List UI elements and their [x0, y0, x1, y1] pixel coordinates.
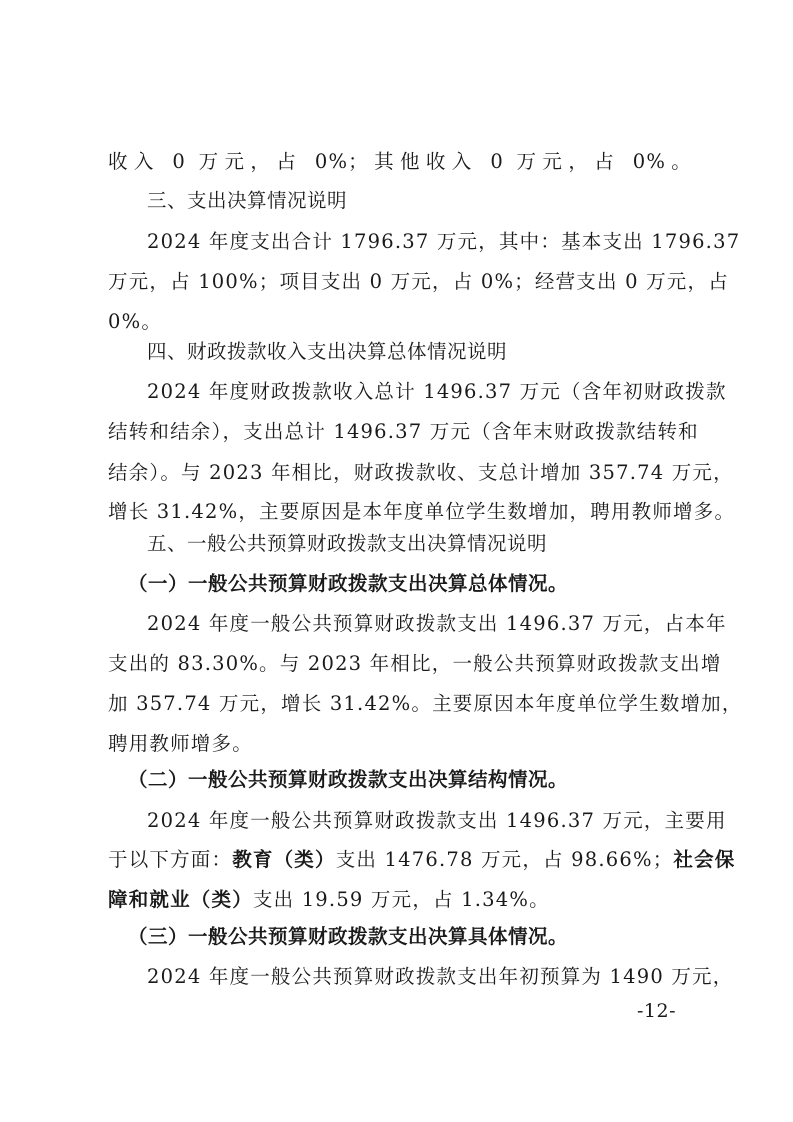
category-social-security: 社会保 [673, 848, 735, 871]
paragraph-line: 万元，占 100%；项目支出 0 万元，占 0%；经营支出 0 万元，占 [108, 270, 692, 294]
document-page: 收入 0 万元，占 0%；其他收入 0 万元，占 0%。 三、支出决算情况说明 … [0, 0, 793, 1122]
paragraph-line: 于以下方面：教育（类）支出 1476.78 万元，占 98.66%；社会保 [108, 848, 692, 872]
paragraph-line: 聘用教师增多。 [108, 732, 692, 756]
subsection-heading-3: （三）一般公共预算财政拨款支出决算具体情况。 [128, 925, 692, 949]
category-social-security-cont: 障和就业（类） [108, 888, 253, 911]
text-run: 支出 19.59 万元，占 1.34%。 [253, 888, 550, 911]
category-education: 教育（类） [232, 848, 336, 871]
paragraph-line: 0%。 [108, 310, 692, 334]
subsection-heading-2: （二）一般公共预算财政拨款支出决算结构情况。 [128, 768, 692, 792]
paragraph-line: 支出的 83.30%。与 2023 年相比，一般公共预算财政拨款支出增 [108, 652, 692, 676]
paragraph-line: 结余）。与 2023 年相比，财政拨款收、支总计增加 357.74 万元， [108, 461, 692, 485]
section-heading-4: 四、财政拨款收入支出决算总体情况说明 [147, 340, 692, 364]
paragraph-line: 结转和结余），支出总计 1496.37 万元（含年末财政拨款结转和 [108, 420, 692, 444]
page-number: -12- [637, 1000, 676, 1022]
paragraph-line: 2024 年度一般公共预算财政拨款支出 1496.37 万元，占本年 [147, 612, 692, 636]
paragraph-line: 加 357.74 万元，增长 31.42%。主要原因本年度单位学生数增加， [108, 692, 692, 716]
paragraph-line: 收入 0 万元，占 0%；其他收入 0 万元，占 0%。 [108, 150, 692, 174]
section-heading-5: 五、一般公共预算财政拨款支出决算情况说明 [147, 532, 692, 556]
paragraph-line: 2024 年度一般公共预算财政拨款支出 1496.37 万元，主要用 [147, 809, 692, 833]
paragraph-line: 2024 年度财政拨款收入总计 1496.37 万元（含年初财政拨款 [147, 380, 692, 404]
paragraph-line: 障和就业（类）支出 19.59 万元，占 1.34%。 [108, 888, 692, 912]
subsection-heading-1: （一）一般公共预算财政拨款支出决算总体情况。 [128, 572, 692, 596]
text-run: 支出 1476.78 万元，占 98.66%； [336, 848, 674, 871]
paragraph-line: 2024 年度一般公共预算财政拨款支出年初预算为 1490 万元， [147, 965, 692, 989]
text-run: 于以下方面： [108, 848, 232, 871]
paragraph-line: 增长 31.42%，主要原因是本年度单位学生数增加，聘用教师增多。 [108, 500, 692, 524]
section-heading-3: 三、支出决算情况说明 [147, 189, 692, 213]
paragraph-line: 2024 年度支出合计 1796.37 万元，其中：基本支出 1796.37 [147, 230, 692, 254]
